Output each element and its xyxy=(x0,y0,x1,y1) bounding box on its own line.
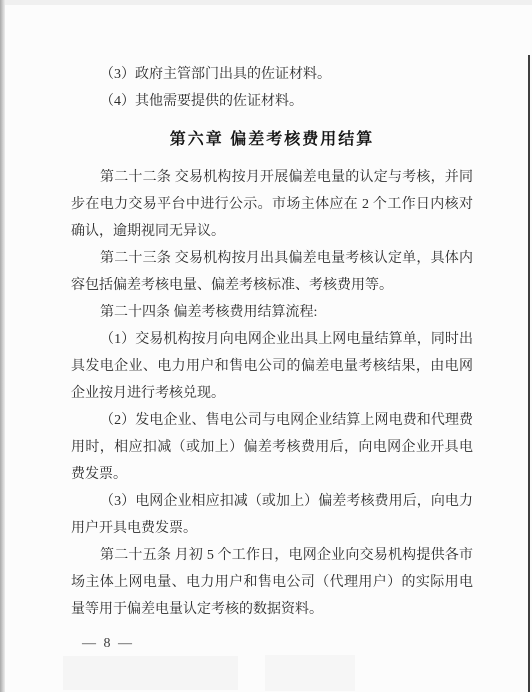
document-line: 费发票。 xyxy=(71,461,473,488)
document-line: （3）政府主管部门出具的佐证材料。 xyxy=(71,61,473,88)
document-line: （2）发电企业、售电公司与电网企业结算上网电费和代理费 xyxy=(71,407,473,434)
chapter-heading: 第六章 偏差考核费用结算 xyxy=(71,126,473,153)
document-line: 用户开具电费发票。 xyxy=(71,515,473,542)
document-line: 企业按月进行考核兑现。 xyxy=(71,380,473,407)
document-line: 第二十三条 交易机构按月出具偏差电量考核认定单，具体内 xyxy=(71,245,473,272)
scan-edge-left xyxy=(0,0,5,692)
document-line: （4）其他需要提供的佐证材料。 xyxy=(71,88,473,115)
document-line: 场主体上网电量、电力用户和售电公司（代理用户）的实际用电 xyxy=(71,569,473,596)
document-line: （3）电网企业相应扣减（或加上）偏差考核费用后，向电力 xyxy=(71,488,473,515)
document-page: （3）政府主管部门出具的佐证材料。 （4）其他需要提供的佐证材料。 第六章 偏差… xyxy=(71,61,473,623)
document-line: 第二十五条 月初 5 个工作日，电网企业向交易机构提供各市 xyxy=(71,542,473,569)
scan-smudge xyxy=(265,655,355,691)
document-line: 具发电企业、电力用户和售电公司的偏差电量考核结果，由电网 xyxy=(71,353,473,380)
document-line: 步在电力交易平台中进行公示。市场主体应在 2 个工作日内核对 xyxy=(71,191,473,218)
document-line: 用时，相应扣减（或加上）偏差考核费用后，向电网企业开具电 xyxy=(71,434,473,461)
scan-edge-top xyxy=(0,0,532,5)
document-line: 第二十二条 交易机构按月开展偏差电量的认定与考核，并同 xyxy=(71,164,473,191)
document-line: （1）交易机构按月向电网企业出具上网电量结算单，同时出 xyxy=(71,326,473,353)
page-number: — 8 — xyxy=(82,636,134,652)
document-line: 容包括偏差考核电量、偏差考核标准、考核费用等。 xyxy=(71,272,473,299)
document-line: 确认，逾期视同无异议。 xyxy=(71,218,473,245)
scan-smudge xyxy=(63,656,238,690)
document-line: 第二十四条 偏差考核费用结算流程: xyxy=(71,299,473,326)
scan-edge-right xyxy=(528,55,530,692)
document-line: 量等用于偏差电量认定考核的数据资料。 xyxy=(71,596,473,623)
